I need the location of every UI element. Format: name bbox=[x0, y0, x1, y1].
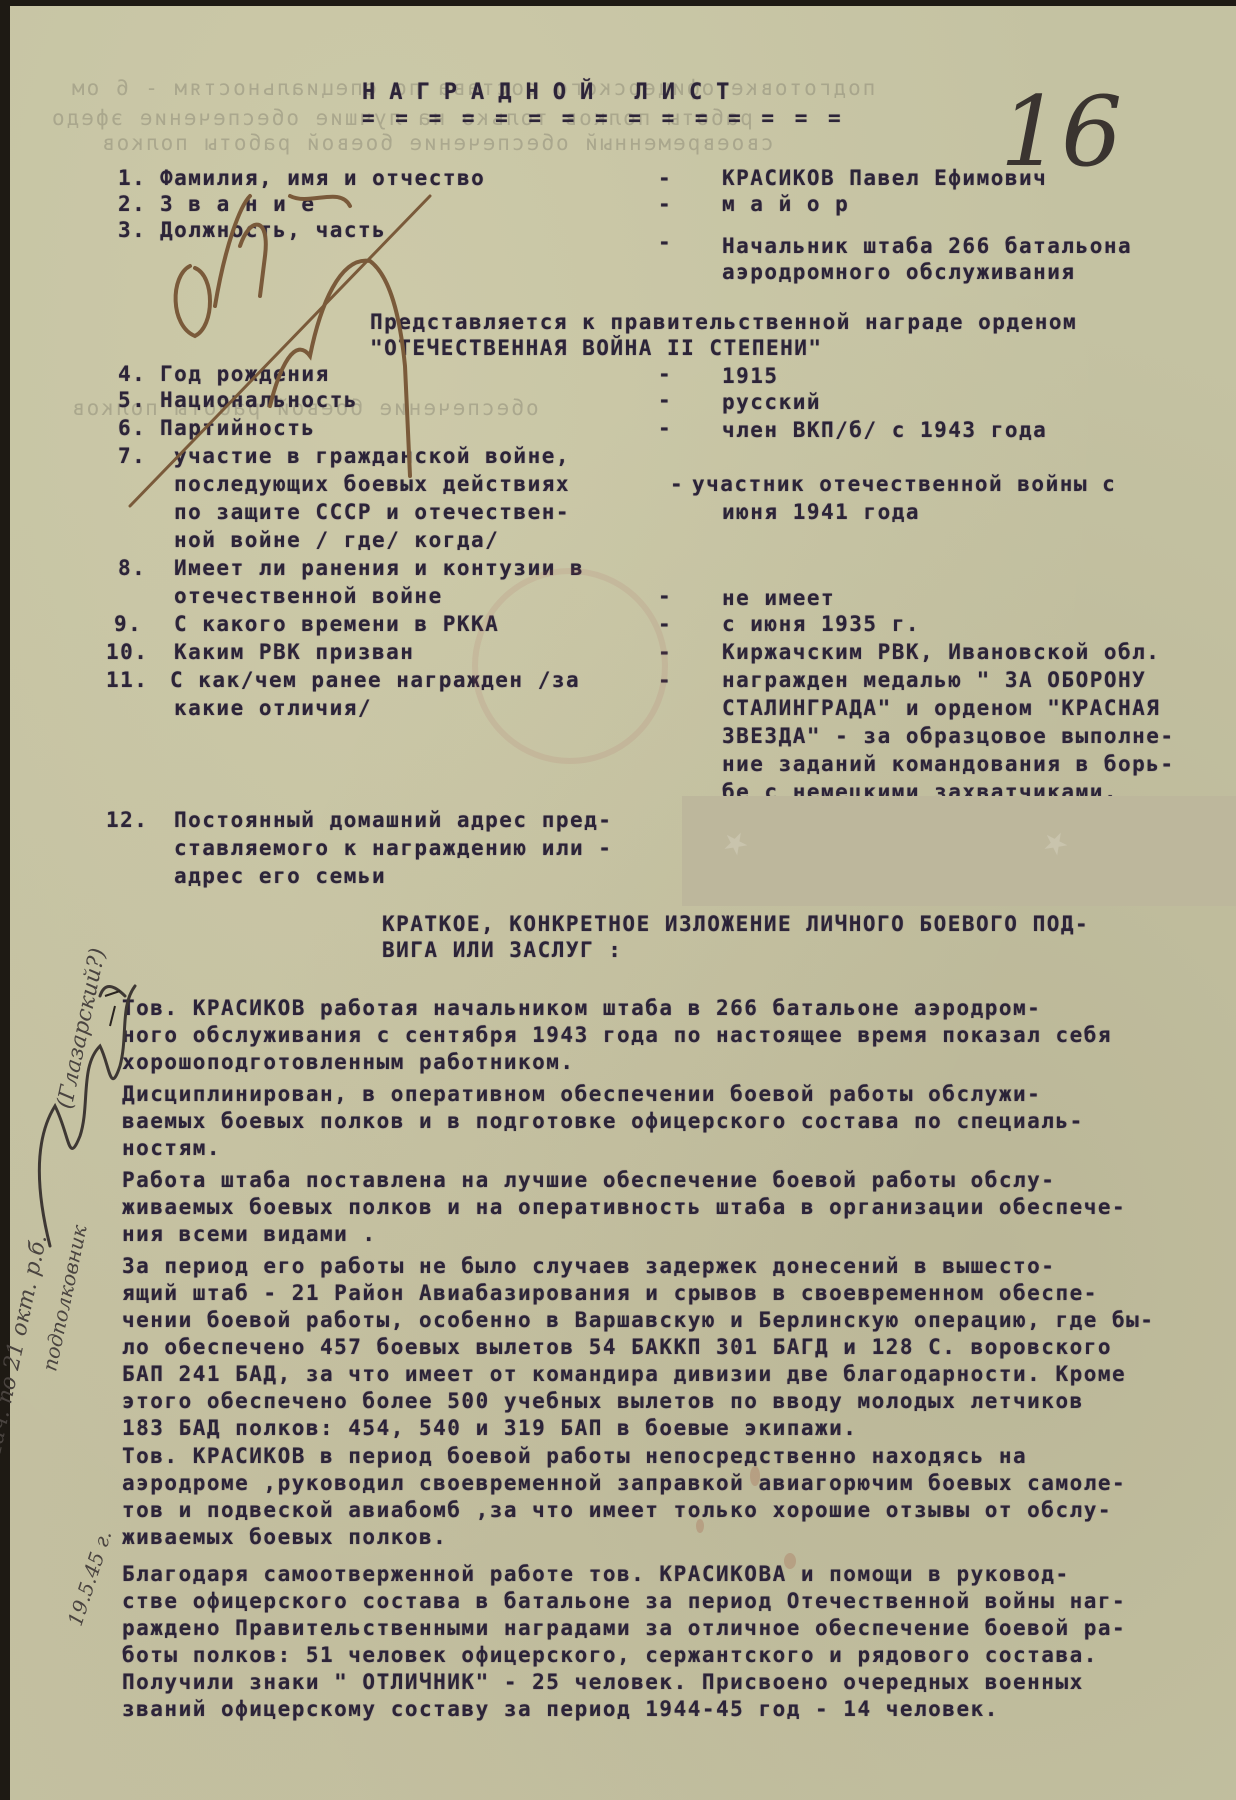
field-dash: - bbox=[658, 416, 672, 440]
faded-stamp-icon bbox=[475, 571, 665, 761]
body-line: БАП 241 БАД, за что имеет от командира д… bbox=[122, 1362, 1126, 1386]
body-line: ящий штаб - 21 Район Авиабазирования и с… bbox=[122, 1281, 1098, 1305]
redacted-address-block: ★ ★ bbox=[682, 796, 1236, 906]
body-line: боты полков: 51 человек офицерского, сер… bbox=[122, 1643, 1098, 1667]
field-11-label-line-2: какие отличия/ bbox=[174, 696, 372, 720]
field-4-value: 1915 bbox=[722, 364, 779, 388]
field-2-number: 2. bbox=[118, 192, 146, 216]
handwritten-sheet-number: 16 bbox=[1000, 76, 1122, 188]
field-dash: - bbox=[658, 230, 672, 254]
field-dash: - bbox=[658, 584, 672, 608]
field-6-label: Партийность bbox=[160, 416, 316, 440]
body-line: Работа штаба поставлена на лучшие обеспе… bbox=[122, 1168, 1055, 1192]
field-7-number: 7. bbox=[118, 444, 146, 468]
body-line: ния всеми видами . bbox=[122, 1222, 377, 1246]
watermark-star-icon: ★ bbox=[1034, 822, 1078, 866]
field-8-value: не имеет bbox=[722, 586, 835, 610]
field-7-value-line-1: участник отечественной войны с bbox=[692, 472, 1116, 496]
body-line: Получили знаки " ОТЛИЧНИК" - 25 человек.… bbox=[122, 1670, 1084, 1694]
field-3-number: 3. bbox=[118, 218, 146, 242]
field-11-value-line-4: ние заданий командования в борь- bbox=[722, 752, 1175, 776]
field-1-number: 1. bbox=[118, 166, 146, 190]
field-10-label: Каким РВК призван bbox=[174, 640, 414, 664]
field-3-label: Должность, часть bbox=[160, 218, 386, 242]
field-5-number: 5. bbox=[118, 388, 146, 412]
field-12-number: 12. bbox=[106, 808, 148, 832]
body-line: хорошоподготовленным работником. bbox=[122, 1050, 575, 1074]
field-4-label: Год рождения bbox=[160, 362, 330, 386]
field-1-value: КРАСИКОВ Павел Ефимович bbox=[722, 166, 1047, 190]
nomination-order: "ОТЕЧЕСТВЕННАЯ ВОЙНА II СТЕПЕНИ" bbox=[370, 336, 823, 360]
body-line: Благодаря самоотверженной работе тов. КР… bbox=[122, 1562, 1070, 1586]
field-7-label-line-2: последующих боевых действиях bbox=[174, 472, 570, 496]
watermark-star-icon: ★ bbox=[714, 822, 758, 866]
field-9-number: 9. bbox=[114, 612, 142, 636]
field-6-number: 6. bbox=[118, 416, 146, 440]
field-5-label: Национальность bbox=[160, 388, 358, 412]
field-11-number: 11. bbox=[106, 668, 148, 692]
field-2-value: м а й о р bbox=[722, 192, 849, 216]
field-dash: - bbox=[658, 640, 672, 664]
body-line: ваемых боевых полков и в подготовке офиц… bbox=[122, 1109, 1084, 1133]
body-line: званий офицерскому составу за период 194… bbox=[122, 1697, 999, 1721]
body-line: Дисциплинирован, в оперативном обеспечен… bbox=[122, 1082, 1041, 1106]
body-line: Тов. КРАСИКОВ в период боевой работы неп… bbox=[122, 1444, 1027, 1468]
field-5-value: русский bbox=[722, 390, 821, 414]
body-line: живаемых боевых полков и на оперативност… bbox=[122, 1195, 1126, 1219]
body-line: стве офицерского состава в батальоне за … bbox=[122, 1589, 1126, 1613]
body-line: ло обеспечено 457 боевых вылетов 54 БАКК… bbox=[122, 1335, 1112, 1359]
ink-mark-icon bbox=[105, 991, 120, 1026]
margin-note-date: 19.5.45 г. bbox=[63, 1527, 116, 1629]
field-dash: - bbox=[670, 472, 684, 496]
field-9-label: С какого времени в РККА bbox=[174, 612, 499, 636]
field-11-value-line-1: награжден медалью " ЗА ОБОРОНУ bbox=[722, 668, 1146, 692]
field-dash: - bbox=[658, 166, 672, 190]
bleed-through-text: своевременный обеспечение боевой работы … bbox=[100, 131, 774, 155]
margin-note-signature-name: (Глазарский?) bbox=[53, 946, 111, 1111]
field-7-label-line-4: ной войне / где/ когда/ bbox=[174, 528, 499, 552]
body-line: Тов. КРАСИКОВ работая начальником штаба … bbox=[122, 996, 1041, 1020]
document-title: НАГРАДНОЙ ЛИСТ bbox=[362, 80, 743, 105]
body-line: раждено Правительственными наградами за … bbox=[122, 1616, 1126, 1640]
field-9-value: с июня 1935 г. bbox=[722, 612, 920, 636]
field-1-label: Фамилия, имя и отчество bbox=[160, 166, 485, 190]
field-12-label-line-3: адрес его семьи bbox=[174, 864, 386, 888]
body-line: За период его работы не было случаев зад… bbox=[122, 1254, 1055, 1278]
body-line: ностям. bbox=[122, 1136, 221, 1160]
field-7-label-line-3: по защите СССР и отечествен- bbox=[174, 500, 570, 524]
body-line: аэродроме ,руководил своевременной запра… bbox=[122, 1471, 1126, 1495]
field-12-label-line-1: Постоянный домашний адрес пред- bbox=[174, 808, 612, 832]
field-2-label: З в а н и е bbox=[160, 192, 316, 216]
field-3-value-line-1: Начальник штаба 266 батальона bbox=[722, 234, 1132, 258]
nomination-line-1: Представляется к правительственной награ… bbox=[370, 310, 1077, 334]
field-6-value: член ВКП/б/ с 1943 года bbox=[722, 418, 1047, 442]
field-10-number: 10. bbox=[106, 640, 148, 664]
field-11-label-line-1: С как/чем ранее награжден /за bbox=[170, 668, 580, 692]
field-11-value-line-2: СТАЛИНГРАДА" и орденом "КРАСНАЯ bbox=[722, 696, 1160, 720]
body-line: чении боевой работы, особенно в Варшавск… bbox=[122, 1308, 1154, 1332]
field-dash: - bbox=[658, 668, 672, 692]
field-7-label-line-1: участие в гражданской войне, bbox=[174, 444, 570, 468]
field-8-label-line-2: отечественной войне bbox=[174, 584, 443, 608]
field-dash: - bbox=[658, 388, 672, 412]
field-4-number: 4. bbox=[118, 362, 146, 386]
field-8-number: 8. bbox=[118, 556, 146, 580]
body-line: 183 БАД полков: 454, 540 и 319 БАП в бое… bbox=[122, 1416, 857, 1440]
field-dash: - bbox=[658, 612, 672, 636]
award-sheet: подготовке офицерского состава по специа… bbox=[10, 6, 1236, 1800]
field-12-label-line-2: ставляемого к награждению или - bbox=[174, 836, 612, 860]
body-line: этого обеспечено более 500 учебных вылет… bbox=[122, 1389, 1084, 1413]
title-underline: = = = = = = = = = = = = = = = bbox=[362, 106, 845, 130]
body-line: тов и подвеской авиабомб ,за что имеет т… bbox=[122, 1498, 1112, 1522]
field-dash: - bbox=[658, 192, 672, 216]
field-7-value-line-2: июня 1941 года bbox=[722, 500, 920, 524]
body-line: живаемых боевых полков. bbox=[122, 1525, 447, 1549]
field-3-value-line-2: аэродромного обслуживания bbox=[722, 260, 1076, 284]
field-dash: - bbox=[658, 362, 672, 386]
field-8-label-line-1: Имеет ли ранения и контузии в bbox=[174, 556, 584, 580]
field-11-value-line-3: ЗВЕЗДА" - за образцовое выполне- bbox=[722, 724, 1175, 748]
body-line: ного обслуживания с сентября 1943 года п… bbox=[122, 1023, 1112, 1047]
section-heading-line-1: КРАТКОЕ, КОНКРЕТНОЕ ИЗЛОЖЕНИЕ ЛИЧНОГО БО… bbox=[382, 912, 1089, 936]
section-heading-line-2: ВИГА ИЛИ ЗАСЛУГ : bbox=[382, 938, 622, 962]
field-10-value: Киржачским РВК, Ивановской обл. bbox=[722, 640, 1160, 664]
